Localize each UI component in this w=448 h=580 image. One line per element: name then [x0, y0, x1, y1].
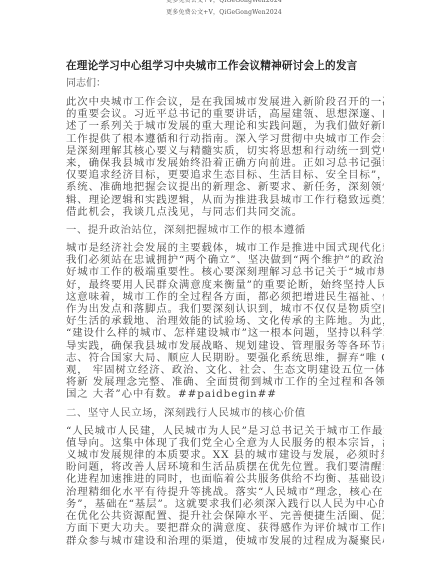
- text-line: 值导向。这集中体现了我们党全心全意为人民服务的根本宗旨，深刻揭示了社会主: [66, 437, 384, 449]
- text-line: “建设什么样的城市、怎样建设城市”这一根本问题，坚持以科学理论武装头脑、指: [66, 327, 384, 339]
- text-line: 借此机会，我谈几点浅见，与同志们共同交流。: [66, 206, 384, 218]
- text-line: 工作提供了根本遵循和行动指南。深入学习贯彻中央城市工作会议精神，首要任务: [66, 133, 384, 145]
- text-line: 是深刻理解其核心要义与精髓实质，切实将思想和行动统一到党中央的决策部署上: [66, 145, 384, 157]
- text-line: 务”，基础在“基层”。这就要求我们必须深入践行以人民为中心的发展思想，着力: [66, 498, 384, 510]
- text-line: 仅要追求经济目标，更要追求生态目标、生活目标、安全目标”，我们必须全面、: [66, 169, 384, 181]
- salutation: 同志们：: [66, 78, 384, 90]
- text-line: 志、符合国家大局、顺应人民期盼。要强化系统思维，摒弃“唯 GDP”的片面发展: [66, 352, 384, 364]
- text-line: 方面下更大功夫。要把群众的满意度、获得感作为评价城市工作的最终标准，畅通: [66, 522, 384, 534]
- section-2-paragraph: “人民城市人民建，人民城市为人民”是习总书记关于城市工作最鲜明、最核心的价 值导…: [66, 425, 384, 547]
- document-page: 在理论学习中心组学习中央城市工作会议精神研讨会上的发言 同志们： 此次中央城市工…: [66, 60, 384, 553]
- text-line: “人民城市人民建，人民城市为人民”是习总书记关于城市工作最鲜明、最核心的价: [66, 425, 384, 437]
- watermark-header-line-2: 更多免费公文+V，QiGeGongWen2024: [0, 9, 448, 17]
- text-line: 盼问题，将改善人居环境和生活品质摆在优先位置。我们要清醒认识到，我县城镇: [66, 461, 384, 473]
- text-line: 我们必须站在忠诚拥护“两个确立”、坚决做到“两个维护”的政治高度，深刻认识做: [66, 254, 384, 266]
- text-line: 的重要会议。习近平总书记的重要讲话，高屋建瓴、思想深邃、内涵丰富，深刻阐: [66, 108, 384, 120]
- section-1-paragraph: 城市是经济社会发展的主要载体，城市工作是推进中国式现代化建设的关键一环。 我们必…: [66, 242, 384, 401]
- text-line: 系统、准确地把握会议提出的新理念、新要求、新任务，深刻领悟其蕴含的政治逻: [66, 181, 384, 193]
- text-line: 将新 发展理念完整、准确、全面贯彻到城市工作的全过程和各领域，切实做到对“: [66, 376, 384, 388]
- text-line: 观， 牢固树立经济、政治、文化、社会、生态文明建设五位一体的总体布局意识，: [66, 364, 384, 376]
- text-line: 来，确保我县城市发展始终沿着正确方向前进。正如习总书记强调：“城市发展不: [66, 157, 384, 169]
- intro-paragraph: 此次中央城市工作会议，是在我国城市发展进入新阶段召开的一次具有里程碑意义 的重要…: [66, 96, 384, 218]
- text-line: 述了一系列关于城市发展的重大理论和实践问题，为我们做好新时代新征程的城市: [66, 120, 384, 132]
- text-line: 作为出发点和落脚点。我们要深刻认识到，城市不仅仅是物质空间的载体，更是美: [66, 303, 384, 315]
- section-2-heading: 二、坚守人民立场，深刻践行人民城市的核心价值: [66, 407, 384, 419]
- text-line: 好生活的承载地、治理效能的试验场、文化传承的主阵地。为此，必须牢牢抓住: [66, 315, 384, 327]
- text-line: 好，最终要用人民群众满意度来衡量”的重要论断，始终坚持人民主体地位不动摇。: [66, 279, 384, 291]
- text-line: 国之 大者”心中有数。##paidbegin##: [66, 388, 384, 400]
- text-line: 辑、理论逻辑和实践逻辑，从而为推进我县城市工作行稳致远奠定坚实的思想基础。: [66, 194, 384, 206]
- watermark-header-line-1: 更多免费公文+V，QiGeGongWen2024: [0, 0, 448, 5]
- text-line: 好城市工作的极端重要性。核心要深刻理解习总书记关于“城市规划建设做得好不: [66, 266, 384, 278]
- text-line: 治理精细化水平有待提升等挑战。落实“人民城市”理念，核心在“人民”，关键在“服: [66, 486, 384, 498]
- text-line: 导实践，确保我县城市发展战略、规划建设、管理服务等各环节都充分体现党的意: [66, 340, 384, 352]
- text-line: 在优化公共资源配置、提升社会保障水平、完善便捷生活圈、促进社会公平正义等: [66, 510, 384, 522]
- document-title: 在理论学习中心组学习中央城市工作会议精神研讨会上的发言: [66, 60, 384, 73]
- section-1-heading: 一、提升政治站位，深刻把握城市工作的根本遵循: [66, 224, 384, 236]
- text-line: 此次中央城市工作会议，是在我国城市发展进入新阶段召开的一次具有里程碑意义: [66, 96, 384, 108]
- text-line: 城市是经济社会发展的主要载体，城市工作是推进中国式现代化建设的关键一环。: [66, 242, 384, 254]
- text-line: 群众参与城市建设和治理的渠道，使城市发展的过程成为凝聚民心、汇集民智、解: [66, 535, 384, 547]
- text-line: 这意味着，城市工作的全过程各方面，都必须把增进民生福祉、促进人的全面发展: [66, 291, 384, 303]
- text-line: 义城市发展规律的本质要求。XX 县的城市建设与发展，必须时刻聚焦群众急难愁: [66, 449, 384, 461]
- text-line: 化进程加速推进的同时，也面临着公共服务供给不均衡、基础设施存在短板弱项、: [66, 473, 384, 485]
